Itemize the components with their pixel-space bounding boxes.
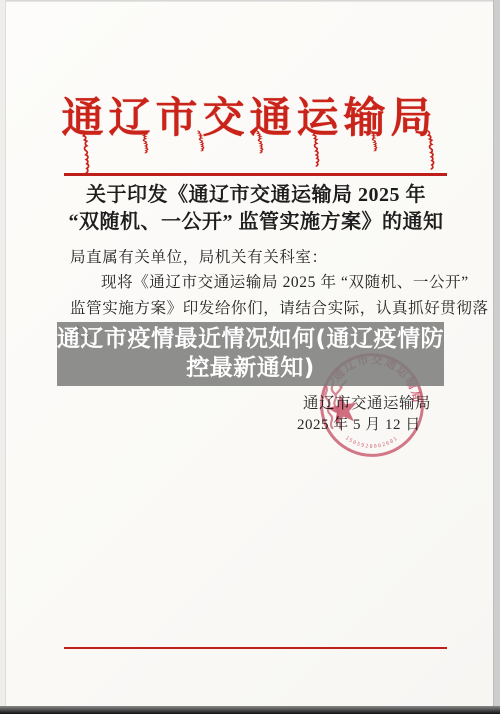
body-line: 现将《通辽市交通运输局 2025 年 “双随机、一公开” [70, 270, 452, 295]
body-line-salutation: 局直属有关单位，局机关有关科室： [70, 245, 452, 270]
body-line: 监管实施方案》印发给你们，请结合实际，认真抓好贯彻落 [70, 296, 452, 321]
letterhead-divider-rule [64, 173, 447, 176]
document-photo: 通辽市交通运输局 关于印发《通辽市交通运输局 2025 年 “双随机、一公开” … [0, 0, 500, 714]
star-icon [325, 392, 360, 426]
photo-edge-bottom [0, 706, 500, 714]
mongolian-script-icon [64, 129, 448, 175]
overlay-caption-banner: 通辽市疫情最近情况如何(通辽疫情防 控最新通知) [57, 322, 444, 386]
photo-edge-right [493, 0, 500, 714]
overlay-caption-line: 控最新通知) [186, 354, 315, 383]
document-title: 关于印发《通辽市交通运输局 2025 年 “双随机、一公开” 监管实施方案》的通… [36, 182, 476, 236]
document-title-line: 关于印发《通辽市交通运输局 2025 年 [36, 182, 476, 209]
document-title-line: “双随机、一公开” 监管实施方案》的通知 [36, 209, 476, 236]
footer-rule [64, 647, 447, 649]
overlay-caption-line: 通辽市疫情最近情况如何(通辽疫情防 [57, 325, 444, 354]
